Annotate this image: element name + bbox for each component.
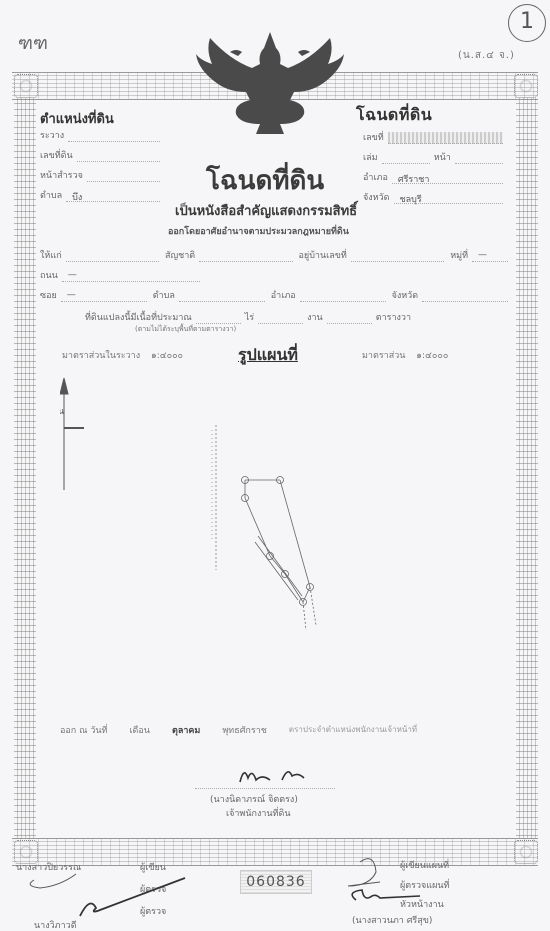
footer-left-signatures xyxy=(20,866,195,922)
location-left-fields: ระวาง เลขที่ดิน หน้าสำรวจ ตำบลบึง xyxy=(40,128,160,202)
map-scale-left: มาตราส่วนในระวาง ๑:๔๐๐๐ xyxy=(62,348,183,362)
issued-under: ออกโดยอาศัยอำนาจตามประมวลกฎหมายที่ดิน xyxy=(168,224,349,238)
field-value xyxy=(77,150,160,162)
location-right-fields: เลขที่ เล่ม หน้า อำเภอศรีราชา จังหวัดชลบ… xyxy=(363,130,503,204)
area-row: ที่ดินแปลงนี้มีเนื้อที่ประมาณ ไร่ งาน ตา… xyxy=(85,310,415,335)
owner-section: ให้แก่ สัญชาติ อยู่บ้านเลขที่ หมู่ที่— ถ… xyxy=(40,248,508,302)
field-deed-number: เลขที่ xyxy=(363,130,503,144)
signatory-name: (นางนิดาภรณ์ จิตตรง) xyxy=(210,792,298,806)
corner-ornament-icon xyxy=(514,840,538,864)
svg-text:น: น xyxy=(60,407,64,417)
border-bottom xyxy=(12,838,538,866)
form-code: (น.ส.๔ จ.) xyxy=(458,48,515,63)
parcel-map: น xyxy=(60,370,480,700)
owner-row-2: ถนน— xyxy=(40,268,200,282)
field-district: อำเภอศรีราชา xyxy=(363,170,503,184)
border-left xyxy=(14,98,36,838)
official-signature xyxy=(230,760,340,790)
owner-row-3: ซอย— ตำบล อำเภอ จังหวัด xyxy=(40,288,508,302)
subtitle: เป็นหนังสือสำคัญแสดงกรรมสิทธิ์ xyxy=(175,200,357,221)
field-subdistrict: ตำบลบึง xyxy=(40,188,160,202)
field-province: จังหวัดชลบุรี xyxy=(363,190,503,204)
field-value xyxy=(87,170,160,182)
area-note: (ตามไม่ได้ระบุพื้นที่ตามตารางวา) xyxy=(135,324,415,335)
corner-handwriting: ฑฑ xyxy=(18,28,48,57)
serial-number: 060836 xyxy=(240,870,312,894)
field-volume-page: เล่ม หน้า xyxy=(363,150,503,164)
issue-date-row: ออก ณ วันที่ เดือน ตุลาคม พุทธศักราช ตรา… xyxy=(60,723,500,737)
page-number-circle: 1 xyxy=(508,4,546,42)
owner-row-1: ให้แก่ สัญชาติ อยู่บ้านเลขที่ หมู่ที่— xyxy=(40,248,508,262)
north-arrow-icon xyxy=(60,378,84,490)
corner-ornament-icon xyxy=(14,74,38,98)
land-location-title: ตำแหน่งที่ดิน xyxy=(40,108,114,129)
corner-ornament-icon xyxy=(514,74,538,98)
redacted-value xyxy=(388,132,503,144)
field-survey-page: หน้าสำรวจ xyxy=(40,168,160,182)
field-map-sheet: ระวาง xyxy=(40,128,160,142)
field-land-number: เลขที่ดิน xyxy=(40,148,160,162)
map-title: รูปแผนที่ xyxy=(238,343,298,368)
footer-right-signatures xyxy=(340,852,420,910)
garuda-emblem-icon xyxy=(190,30,350,140)
field-value xyxy=(68,130,160,142)
footer-right-name-3: (นางสาวนภา ศรีสุข) xyxy=(352,913,432,927)
signature-line xyxy=(195,788,335,789)
deed-title-right: โฉนดที่ดิน xyxy=(356,103,432,128)
map-scale-right: มาตราส่วน ๑:๔๐๐๐ xyxy=(362,348,448,362)
main-title: โฉนดที่ดิน xyxy=(206,160,324,201)
border-right xyxy=(516,98,538,838)
signatory-title: เจ้าพนักงานที่ดิน xyxy=(226,806,290,820)
